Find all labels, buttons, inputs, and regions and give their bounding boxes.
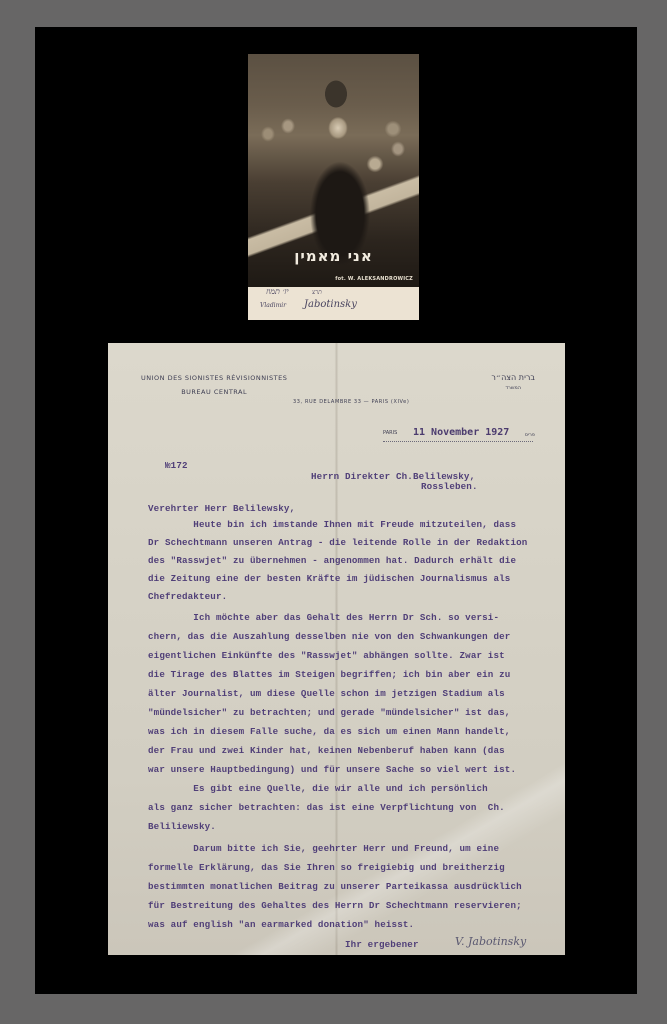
inscription-first-name: Vladimir [260,302,286,309]
body-line: was auf english "an earmarked donation" … [148,919,414,930]
letterhead-hebrew-org: ברית הצה״ר [491,373,535,382]
signed-photo-postcard: אני מאמין fot. W. ALEKSANDROWICZ יז׳ תמו… [248,54,419,320]
dateline: PARIS 11 November 1927 פריס [383,430,533,442]
letterhead-org-name: UNION DES SIONISTES RÉVISIONNISTES [141,374,287,382]
date-hebrew-suffix: פריס [525,432,535,438]
body-line: die Tirage des Blattes im Steigen begrif… [148,669,510,680]
photo-credit: fot. W. ALEKSANDROWICZ [335,276,413,282]
body-line: formelle Erklärung, das Sie Ihren so fre… [148,862,505,873]
photo-hebrew-title: אני מאמין [248,247,419,265]
body-line: älter Journalist, um diese Quelle schon … [148,688,505,699]
body-line: Heute bin ich imstande Ihnen mit Freude … [148,519,516,530]
body-line: war unsere Hauptbedingung) und für unser… [148,764,516,775]
letter-date: 11 November 1927 [413,427,509,438]
body-line: Dr Schechtmann unseren Antrag - die leit… [148,537,527,548]
letterhead-hebrew-sub: המשרד [491,385,535,391]
body-line: bestimmten monatlichen Beitrag zu unsere… [148,881,522,892]
body-line: Darum bitte ich Sie, geehrter Herr und F… [148,843,499,854]
body-line: Ich möchte aber das Gehalt des Herrn Dr … [148,612,499,623]
body-line: für Bestreitung des Gehaltes des Herrn D… [148,900,522,911]
letterhead-left: UNION DES SIONISTES RÉVISIONNISTES BUREA… [141,374,287,402]
inscription-hebrew-year: תרצ [312,289,322,296]
inscription-signature: Jabotinsky [304,299,357,310]
body-line: Chefredakteur. [148,591,227,602]
body-line: Beliliewsky. [148,821,216,832]
body-line: Es gibt eine Quelle, die wir alle und ic… [148,783,488,794]
letterhead-hebrew: ברית הצה״ר המשרד [491,373,535,391]
body-line: eigentlichen Einkünfte des "Rasswjet" ab… [148,650,505,661]
recipient-line-2: Rossleben. [421,481,478,492]
letterhead-address: 33, RUE DELAMBRE 33 — PARIS (XIVe) [293,399,409,405]
body-line: was ich in diesem Falle suche, da es sic… [148,726,510,737]
salutation: Verehrter Herr Belilewsky, [148,503,295,514]
typed-letter: UNION DES SIONISTES RÉVISIONNISTES BUREA… [108,343,565,955]
body-line: der Frau und zwei Kinder hat, keinen Neb… [148,745,505,756]
letter-signature: V. Jabotinsky [455,935,526,948]
reference-number: №172 [165,460,188,471]
body-line: des "Rasswjet" zu übernehmen - angenomme… [148,555,516,566]
body-line: als ganz sicher betrachten: das ist eine… [148,802,505,813]
inscription-hebrew-date: יז׳ תמוז [266,287,289,296]
date-place: PARIS [383,430,397,436]
closing: Ihr ergebener [345,939,419,950]
body-line: "mündelsicher" zu betrachten; und gerade… [148,707,510,718]
letterhead-department: BUREAU CENTRAL [141,388,287,396]
body-line: chern, das die Auszahlung desselben nie … [148,631,510,642]
body-line: die Zeitung eine der besten Kräfte im jü… [148,573,510,584]
photo-inscription-area: יז׳ תמוז תרצ Vladimir Jabotinsky [248,287,419,320]
